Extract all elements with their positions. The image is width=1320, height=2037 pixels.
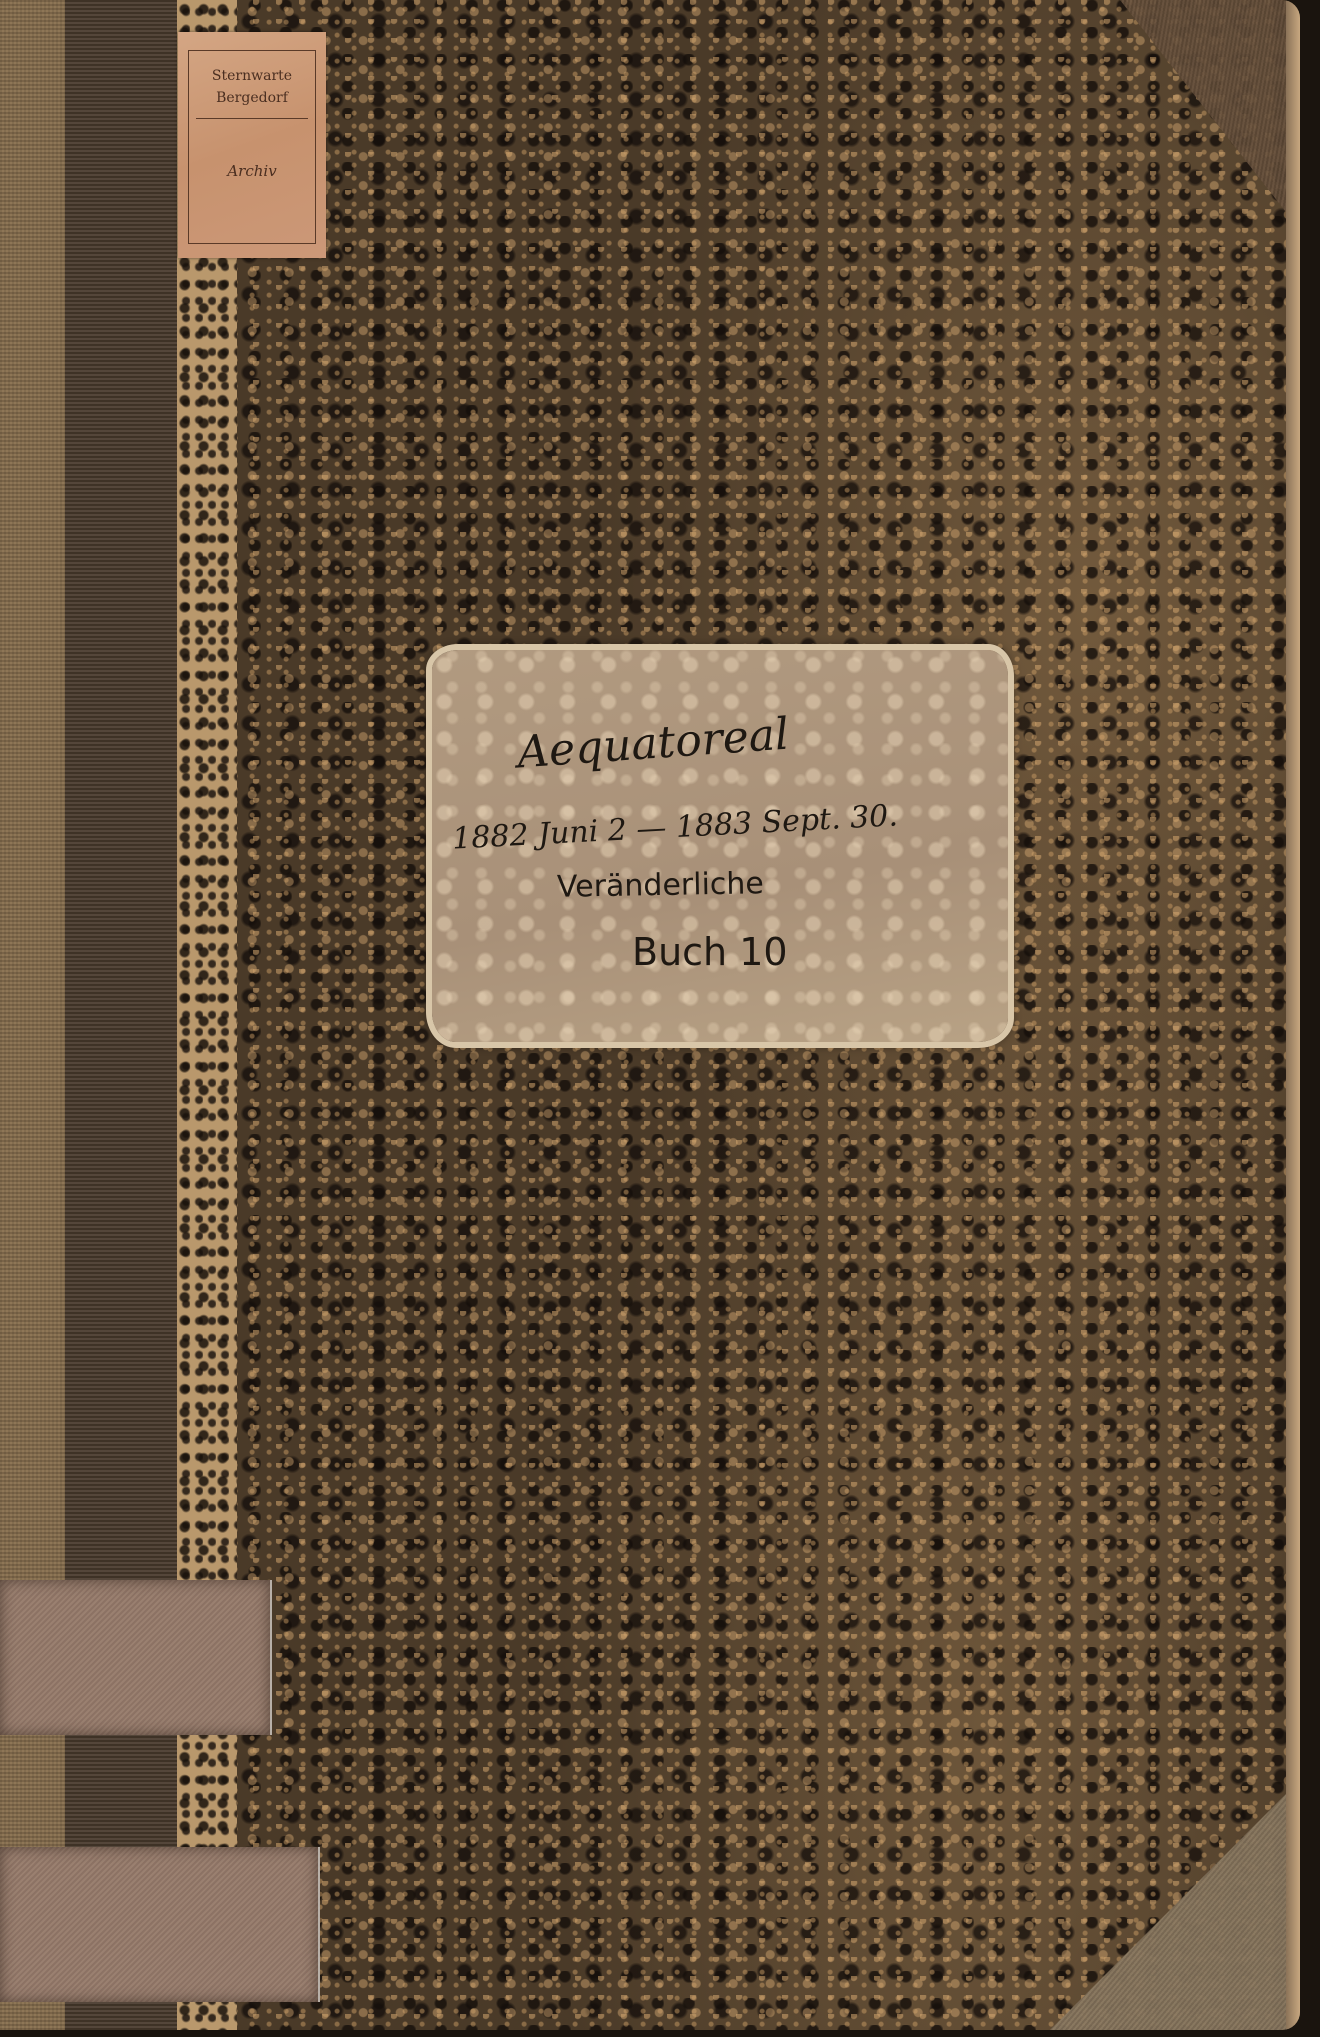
archive-label-location: Bergedorf — [178, 90, 326, 106]
repair-tape-upper — [0, 1580, 272, 1735]
cover-title-label: Aequatoreal 1882 Juni 2 — 1883 Sept. 30.… — [432, 650, 1008, 1042]
book-cover: Sternwarte Bergedorf Archiv Aequatoreal … — [0, 0, 1300, 2030]
label-subject: Veränderliche — [557, 866, 764, 905]
label-title: Aequatoreal — [516, 709, 791, 779]
archive-label-divider — [196, 118, 308, 119]
label-volume: Buch 10 — [632, 930, 788, 974]
archive-label: Sternwarte Bergedorf Archiv — [178, 32, 326, 258]
archive-label-institution: Sternwarte — [178, 68, 326, 84]
repair-tape-lower — [0, 1847, 320, 2002]
page-edge — [1286, 0, 1300, 2030]
label-date-range: 1882 Juni 2 — 1883 Sept. 30. — [451, 798, 898, 856]
archive-label-word: Archiv — [178, 162, 326, 180]
